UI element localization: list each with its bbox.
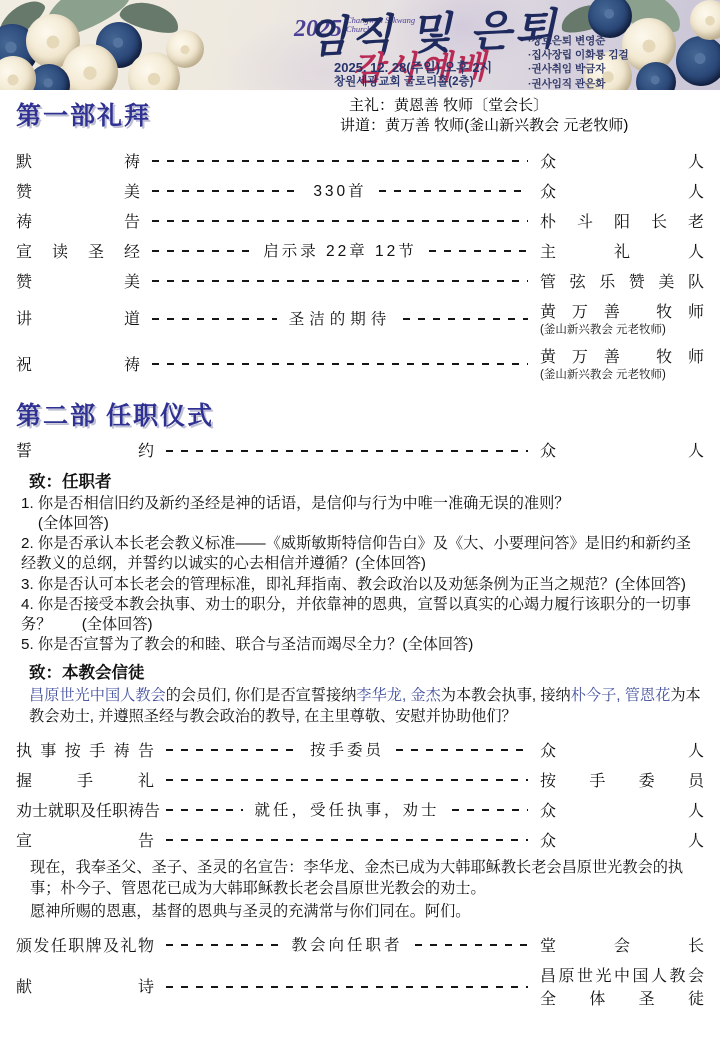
- dash-leader: [403, 318, 528, 320]
- row-label: 赞美: [16, 269, 140, 292]
- member-question: 昌原世光中国人教会的会员们, 你们是否宣誓接纳李华龙, 金杰为本教会执事, 接纳…: [29, 685, 704, 728]
- program-row-silent-prayer: 默祷 众人: [16, 149, 704, 172]
- performer-title: (釜山新兴教会 元老牧师): [540, 368, 704, 382]
- oath-question-4: 4. 你是否接受本教会执事、劝士的职分，并依靠神的恩典，宣誓以真实的心竭力履行该…: [21, 595, 704, 635]
- plain-text: 为本教会执事, 接纳: [441, 687, 571, 704]
- row-performer: 主礼人: [540, 239, 704, 262]
- dash-leader: [166, 944, 280, 946]
- dash-leader: [166, 809, 243, 811]
- dash-leader: [152, 160, 528, 162]
- row-label: 赞美: [16, 179, 140, 202]
- dash-leader: [166, 839, 528, 841]
- dash-leader: [166, 779, 528, 781]
- row-label: 讲道: [16, 306, 140, 329]
- highlighted-name: 昌原世光中国人教会: [29, 687, 166, 704]
- program-row-certificates: 颁发任职牌及礼物 教会向任职者 堂会长: [16, 933, 704, 956]
- dash-leader: [152, 250, 251, 252]
- oath-question-5: 5. 你是否宣誓为了教会的和睦、联合与圣洁而竭尽全力？(全体回答): [21, 635, 704, 655]
- officiant-block: 主礼：黄恩善 牧师〔堂会长〕 讲道：黄万善 牧师(釜山新兴教会 元老牧师): [340, 96, 704, 137]
- dash-leader: [152, 280, 528, 282]
- row-label: 祝祷: [16, 352, 140, 375]
- part1-title: 第一部礼拜: [16, 96, 151, 132]
- program-row-inauguration-prayer: 劝士就职及任职祷告 就任，受任执事，劝士 众人: [16, 798, 704, 821]
- plain-text: 的会员们, 你们是否宣誓接纳: [166, 687, 357, 704]
- program-row-prayer: 祷告 朴斗阳长老: [16, 209, 704, 232]
- row-label: 宣告: [16, 828, 154, 851]
- row-label: 宣读圣经: [16, 239, 140, 262]
- row-label: 誓约: [16, 438, 154, 461]
- oath-question-1: 1. 你是否相信旧约及新约圣经是神的话语，是信仰与行为中唯一准确无误的准则？ (…: [21, 494, 704, 534]
- oath-to-officers-title: 致：任职者: [29, 468, 704, 492]
- row-label: 劝士就职及任职祷告: [16, 798, 154, 821]
- honoree-item: ·장로은퇴 변영준: [528, 34, 629, 48]
- dash-leader: [166, 450, 528, 452]
- row-performer: 管弦乐赞美队: [540, 269, 704, 292]
- performer-name: 黄万善 牧师: [540, 344, 704, 367]
- row-label: 颁发任职牌及礼物: [16, 933, 154, 956]
- rose-shape: [676, 36, 720, 86]
- dash-leader: [152, 220, 528, 222]
- oath-question-3: 3. 你是否认可本长老会的管理标准，即礼拜指南、教会政治以及劝惩条例为正当之规范…: [21, 575, 704, 595]
- honoree-item: ·권사임직 관은화: [528, 77, 629, 90]
- highlighted-name: 李华龙, 金杰: [356, 687, 440, 704]
- row-performer: 众人: [540, 798, 704, 821]
- preacher-line: 讲道：黄万善 牧师(釜山新兴教会 元老牧师): [340, 116, 704, 136]
- dash-leader: [152, 318, 277, 320]
- dash-leader: [396, 749, 528, 751]
- row-label: 握手礼: [16, 768, 154, 791]
- highlighted-name: 朴今子, 管恩花: [571, 687, 671, 704]
- row-performer: 众人: [540, 149, 704, 172]
- row-performer: 黄万善 牧师 (釜山新兴教会 元老牧师): [540, 344, 704, 382]
- program-row-offering-hymn: 献诗 昌原世光中国人教会 全体圣徒: [16, 963, 704, 1009]
- banner-location: 창원세광교회 글로리홀(2층): [334, 73, 473, 89]
- officiant-line: 主礼：黄恩善 牧师〔堂会长〕: [340, 96, 704, 116]
- program-row-hymn: 赞美 330首 众人: [16, 179, 704, 202]
- program-row-benediction: 祝祷 黄万善 牧师 (釜山新兴教会 元老牧师): [16, 344, 704, 382]
- row-detail: 圣洁的期待: [289, 307, 392, 329]
- program-row-proclamation: 宣告 众人: [16, 828, 704, 851]
- rose-shape: [636, 62, 676, 90]
- row-detail: 启示录 22章 12节: [263, 239, 417, 261]
- service-program-page: 2025 Changwon Sekwang Church 임직 및 은퇴 감사예…: [0, 0, 720, 1040]
- row-performer: 众人: [540, 738, 704, 761]
- part1-header: 第一部礼拜 主礼：黄恩善 牧师〔堂会长〕 讲道：黄万善 牧师(釜山新兴教会 元老…: [16, 96, 704, 137]
- row-detail: 就任，受任执事，劝士: [255, 798, 440, 820]
- performer-name: 黄万善 牧师: [540, 299, 704, 322]
- row-label: 献诗: [16, 974, 154, 997]
- program-row-handshake: 握手礼 按手委员: [16, 768, 704, 791]
- honoree-item: ·집사장립 이화룡 김걸: [528, 48, 629, 62]
- program-row-praise: 赞美 管弦乐赞美队: [16, 269, 704, 292]
- row-label: 默祷: [16, 149, 140, 172]
- row-performer: 堂会长: [540, 933, 704, 956]
- performer-title: (釜山新兴教会 元老牧师): [540, 323, 704, 337]
- row-performer: 众人: [540, 179, 704, 202]
- row-performer: 众人: [540, 828, 704, 851]
- row-performer: 按手委员: [540, 768, 704, 791]
- dash-leader: [415, 944, 529, 946]
- rose-shape: [690, 0, 720, 40]
- honoree-item: ·권사취임 박금자: [528, 62, 629, 76]
- banner-honoree-list: ·장로은퇴 변영준 ·집사장립 이화룡 김걸 ·권사취임 박금자 ·권사임직 관…: [528, 34, 629, 90]
- dash-leader: [152, 363, 528, 365]
- rose-shape: [166, 30, 204, 68]
- program-row-oath: 誓约 众人: [16, 438, 704, 461]
- part2-title: 第二部 任职仪式: [16, 396, 704, 432]
- row-label: 祷告: [16, 209, 140, 232]
- row-detail: 教会向任职者: [292, 933, 403, 955]
- banner: 2025 Changwon Sekwang Church 임직 및 은퇴 감사예…: [0, 0, 720, 90]
- row-performer: 众人: [540, 438, 704, 461]
- row-detail: 按手委员: [310, 738, 384, 760]
- dash-leader: [152, 190, 301, 192]
- dash-leader: [452, 809, 529, 811]
- blessing-text: 愿神所赐的恩惠，基督的恩典与圣灵的充满常与你们同在。阿们。: [30, 902, 704, 923]
- row-performer: 朴斗阳长老: [540, 209, 704, 232]
- dash-leader: [166, 986, 528, 988]
- program-content: 第一部礼拜 主礼：黄恩善 牧师〔堂会长〕 讲道：黄万善 牧师(釜山新兴教会 元老…: [0, 90, 720, 1009]
- program-row-sermon: 讲道 圣洁的期待 黄万善 牧师 (釜山新兴教会 元老牧师): [16, 299, 704, 337]
- row-performer: 黄万善 牧师 (釜山新兴教会 元老牧师): [540, 299, 704, 337]
- row-detail: 330首: [313, 179, 366, 201]
- program-row-scripture: 宣读圣经 启示录 22章 12节 主礼人: [16, 239, 704, 262]
- row-label: 执事按手祷告: [16, 738, 154, 761]
- dash-leader: [166, 749, 298, 751]
- oath-to-members-title: 致：本教会信徒: [29, 659, 704, 683]
- program-row-laying-hands: 执事按手祷告 按手委员 众人: [16, 738, 704, 761]
- row-performer: 昌原世光中国人教会 全体圣徒: [540, 963, 704, 1009]
- proclamation-text: 现在，我奉圣父、圣子、圣灵的名宣告：李华龙、金杰已成为大韩耶稣教长老会昌原世光教…: [30, 858, 704, 900]
- dash-leader: [429, 250, 528, 252]
- oath-question-2: 2. 你是否承认本长老会教义标准——《威斯敏斯特信仰告白》及《大、小要理问答》是…: [21, 534, 704, 574]
- dash-leader: [379, 190, 528, 192]
